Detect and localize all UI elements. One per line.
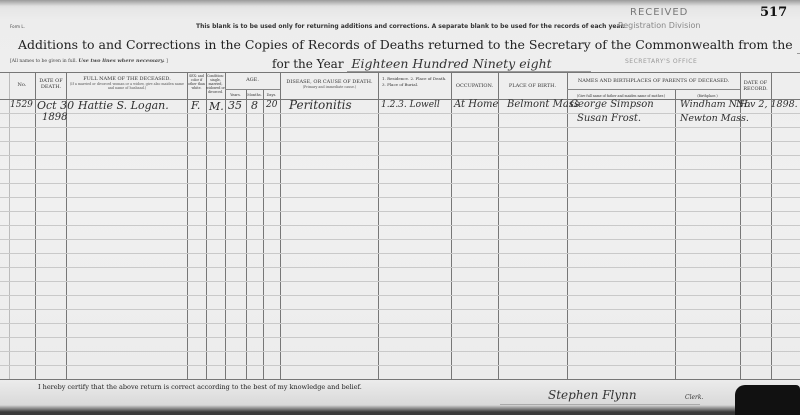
header-condition: Condition: single, married, widowed or d… [206,74,225,94]
header-full-name: FULL NAME OF THE DECEASED. (If a married… [68,76,186,90]
records-table: No. DATE OF DEATH. FULL NAME OF THE DECE… [0,72,800,380]
header-residence: 1. Residence. 2. Place of Death. 3. Plac… [382,76,448,88]
row-rule [0,253,800,254]
stamp-number: 517 [760,5,787,20]
year-value: Eighteen Hundred Ninety eight [347,56,591,72]
record-mother-birthplace: Newton Mass. [680,113,749,124]
clerk-signature: Stephen Flynn [548,388,637,402]
header-age: AGE. [225,77,280,83]
record-age-years: 35 [228,99,242,112]
page-edge-shadow [0,0,800,6]
header-disease-note: (Primary and immediate cause.) [282,85,377,89]
row-rule [0,309,800,310]
row-rule [0,155,800,156]
record-occupation: At Home [454,99,498,110]
form-label: Form L. [10,24,25,29]
column-divider [567,73,568,379]
row-rule [0,211,800,212]
record-death-year: 1898 [42,112,67,123]
form-title: Additions to and Corrections in the Copi… [18,37,800,54]
row-rule [0,169,800,170]
form-notice: This blank is to be used only for return… [196,23,625,30]
record-disease: Peritonitis [289,98,352,112]
column-divider [263,89,264,379]
year-label: for the Year [272,57,344,71]
secretary-office-stamp: SECRETARY'S OFFICE [625,58,697,65]
header-occupation: OCCUPATION. [451,83,498,89]
record-place-of-birth: Belmont Mass [507,99,579,110]
column-divider [206,73,207,379]
record-residence: 1.2.3. Lowell [381,100,440,110]
death-record-form: Form L. This blank is to be used only fo… [0,0,800,415]
registration-division-stamp: Registration Division [618,21,700,30]
record-sex: F. [191,99,200,112]
column-divider [378,73,379,379]
signature-line [500,404,700,405]
column-divider [246,89,247,379]
subnote-suffix: ] [166,59,168,64]
column-divider [9,73,10,379]
header-age-months: Months. [246,92,263,98]
row-rule [0,267,800,268]
header-age-years: Years. [225,92,246,98]
subnote-emphasis: Use two lines where necessary. [78,58,164,64]
column-divider [498,73,499,379]
row-rule [0,323,800,324]
row-rule [0,295,800,296]
header-no: No. [9,82,35,88]
header-sex: SEX: and color if other than white. [187,74,206,90]
record-no: 1529 [10,100,33,110]
header-age-days: Days. [263,92,280,98]
column-divider [280,73,281,379]
row-rule [0,141,800,142]
record-father-name: George Simpson [570,99,654,110]
subnote: [All names to be given in full. Use two … [10,58,168,64]
row-rule [0,225,800,226]
row-rule [0,281,800,282]
record-mother-name: Susan Frost. [577,113,641,124]
record-age-months: 8 [251,99,258,112]
clerk-title: Clerk. [685,394,703,401]
record-condition: M. [209,100,224,113]
column-divider [451,73,452,379]
certification-text: I hereby certify that the above return i… [38,383,362,391]
parents-subheader-rule [567,89,740,90]
column-divider [35,73,36,379]
header-date-of-death: DATE OF DEATH. [37,78,65,90]
header-date-of-record: DATE OF RECORD. [740,80,771,92]
municipality-type: City [797,38,800,54]
header-full-name-note: (If a married or divorced woman or a wid… [68,82,186,90]
column-divider [771,73,772,379]
header-disease: DISEASE, OR CAUSE OF DEATH. (Primary and… [282,79,377,89]
column-divider [675,89,676,379]
record-date-of-record: Nov 2, 1898. [736,99,798,110]
row-rule [0,351,800,352]
received-stamp: RECEIVED [630,7,688,18]
subnote-prefix: [All names to be given in full. [10,59,77,64]
column-divider [187,73,188,379]
row-rule [0,183,800,184]
header-place-of-birth: PLACE OF BIRTH. [498,83,567,89]
record-full-name: Hattie S. Logan. [78,99,169,112]
title-text: Additions to and Corrections in the Copi… [18,37,793,52]
row-rule [0,337,800,338]
row-rule [0,365,800,366]
row-rule [0,239,800,240]
age-subheader-rule [225,89,280,90]
row-rule [0,197,800,198]
year-line: for the Year Eighteen Hundred Ninety eig… [272,56,591,72]
column-divider [225,73,226,379]
header-parents: NAMES AND BIRTHPLACES OF PARENTS OF DECE… [567,78,740,84]
ink-blot [735,385,800,415]
record-age-days: 20 [266,100,277,110]
record-date-of-death: Oct 30 [37,99,74,112]
row-rule [0,127,800,128]
